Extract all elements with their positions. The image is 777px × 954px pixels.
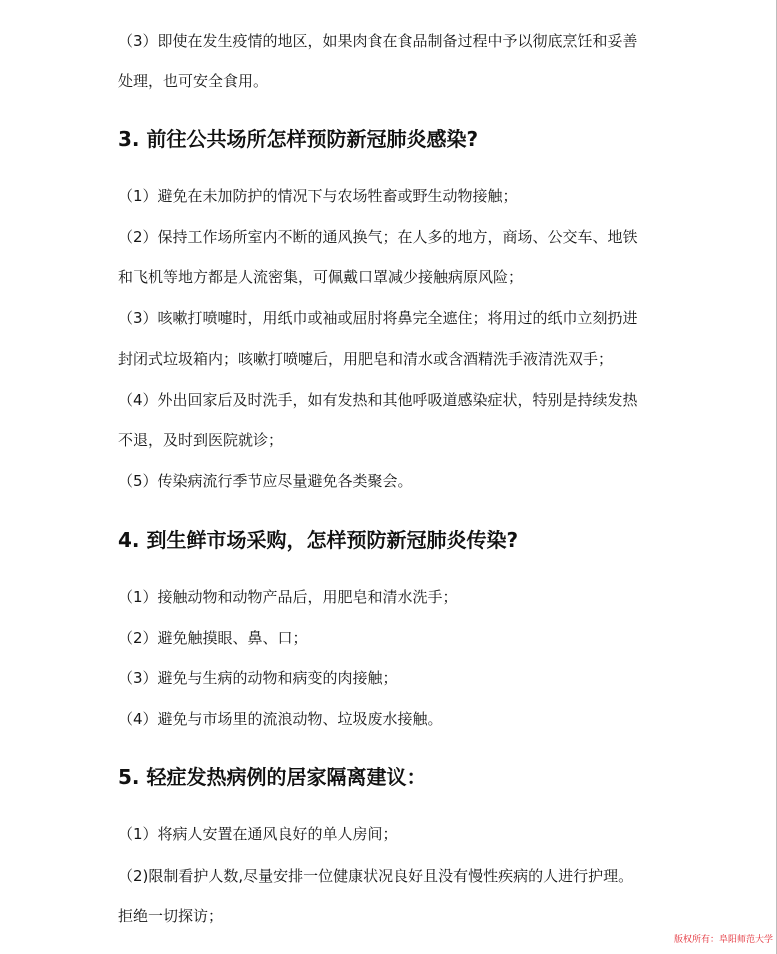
list-item: （1）接触动物和动物产品后，用肥皂和清水洗手； bbox=[118, 587, 458, 607]
list-item: （1）避免在未加防护的情况下与农场牲畜或野生动物接触； bbox=[118, 186, 518, 206]
section-heading-3: 3. 前往公共场所怎样预防新冠肺炎感染? bbox=[118, 126, 478, 152]
list-item: 和飞机等地方都是人流密集，可佩戴口罩减少接触病原风险； bbox=[118, 267, 523, 287]
copyright-watermark: 版权所有：阜阳师范大学 bbox=[674, 934, 773, 946]
paragraph-line: 处理，也可安全食用。 bbox=[118, 71, 268, 91]
list-item: （5）传染病流行季节应尽量避免各类聚会。 bbox=[118, 471, 413, 491]
section-heading-4: 4. 到生鲜市场采购，怎样预防新冠肺炎传染? bbox=[118, 527, 518, 553]
list-item: （3）咳嗽打喷嚏时，用纸巾或袖或屈肘将鼻完全遮住；将用过的纸巾立刻扔进 bbox=[118, 308, 638, 328]
list-item: （4）避免与市场里的流浪动物、垃圾废水接触。 bbox=[118, 709, 443, 729]
list-item: （4）外出回家后及时洗手，如有发热和其他呼吸道感染症状，特别是持续发热 bbox=[118, 390, 638, 410]
list-item: （2）保持工作场所室内不断的通风换气；在人多的地方，商场、公交车、地铁 bbox=[118, 227, 638, 247]
list-item: （2）避免触摸眼、鼻、口； bbox=[118, 628, 308, 648]
list-item: （2)限制看护人数,尽量安排一位健康状况良好且没有慢性疾病的人进行护理。 bbox=[118, 866, 633, 886]
list-item: 拒绝一切探访； bbox=[118, 906, 223, 926]
list-item: 封闭式垃圾箱内；咳嗽打喷嚏后，用肥皂和清水或含酒精洗手液清洗双手； bbox=[118, 349, 613, 369]
list-item: （3）避免与生病的动物和病变的肉接触； bbox=[118, 668, 398, 688]
paragraph-line: （3）即使在发生疫情的地区，如果肉食在食品制备过程中予以彻底烹饪和妥善 bbox=[118, 31, 638, 51]
list-item: 不退，及时到医院就诊； bbox=[118, 430, 283, 450]
section-heading-5: 5. 轻症发热病例的居家隔离建议： bbox=[118, 764, 426, 790]
list-item: （1）将病人安置在通风良好的单人房间； bbox=[118, 824, 398, 844]
